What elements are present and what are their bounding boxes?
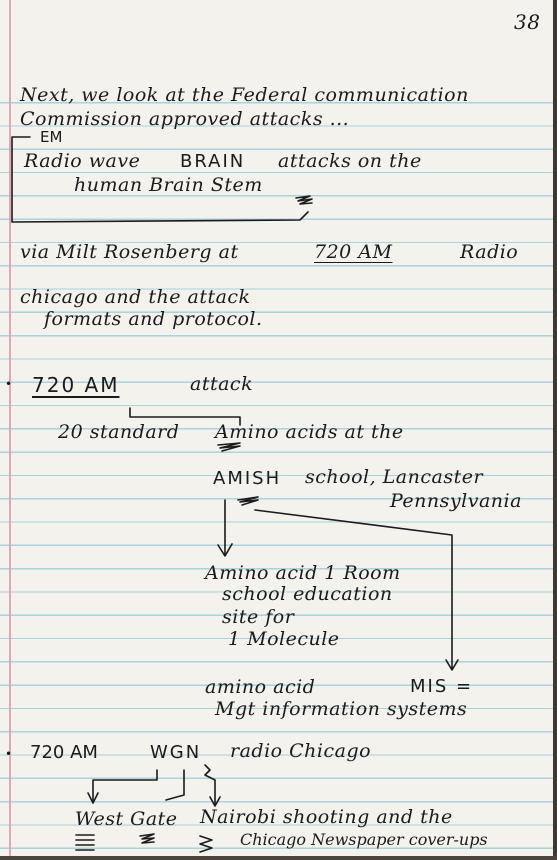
- left-branch-line-3: site for: [222, 608, 294, 627]
- via-720am: 720 AM: [314, 243, 392, 262]
- bullet-dot: •: [5, 748, 13, 760]
- bullet2-radio-chicago: radio Chicago: [230, 742, 371, 761]
- left-branch-line-4: 1 Molecule: [228, 630, 340, 649]
- left-branch-line-1: Amino acid 1 Room: [205, 564, 401, 583]
- bullet1-sub1a: 20 standard: [58, 423, 179, 442]
- boxed-line-1c: attacks on the: [278, 152, 422, 171]
- intro-line-1: Next, we look at the Federal communicati…: [20, 86, 469, 105]
- via-line-1a: via Milt Rosenberg at: [20, 243, 239, 262]
- boxed-line-1a: Radio wave: [24, 152, 140, 171]
- via-line-2: chicago and the attack: [20, 288, 251, 307]
- bullet2-wgn: WGN: [150, 744, 201, 762]
- bullet1-attack: attack: [190, 375, 253, 394]
- right-branch-mis: MIS =: [410, 678, 473, 696]
- left-branch-line-2: school education: [222, 585, 393, 604]
- scan-edge-right: [553, 0, 557, 860]
- bullet2-nairobi: Nairobi shooting and the: [200, 808, 453, 827]
- intro-line-2: Commission approved attacks ...: [20, 110, 349, 129]
- bullet2-720am: 720 AM: [30, 744, 98, 762]
- bullet2-west-gate: West Gate: [75, 810, 178, 829]
- boxed-line-2: human Brain Stem: [74, 176, 263, 195]
- bullet1-school: school, Lancaster: [305, 468, 483, 487]
- via-line-3: formats and protocol.: [44, 310, 263, 329]
- scan-edge-bottom: [0, 856, 557, 860]
- bullet1-sub1b: Amino acids at the: [215, 423, 404, 442]
- bullet-dot: •: [5, 378, 13, 390]
- margin-line: [9, 0, 11, 856]
- bullet1-amish: AMISH: [213, 470, 281, 488]
- right-branch-amino: amino acid: [205, 678, 315, 697]
- bullet1-pennsylvania: Pennsylvania: [390, 492, 522, 511]
- em-label: EM: [40, 130, 62, 145]
- notebook-page: 38 Next, we look at the Federal communic…: [0, 0, 553, 856]
- boxed-brain: BRAIN: [180, 153, 245, 171]
- page-number: 38: [514, 12, 540, 32]
- bullet1-720am: 720 AM: [32, 375, 119, 395]
- right-branch-mgt: Mgt information systems: [215, 700, 467, 719]
- bullet2-newspaper: Chicago Newspaper cover-ups: [240, 832, 488, 848]
- via-line-1c: Radio: [460, 243, 518, 262]
